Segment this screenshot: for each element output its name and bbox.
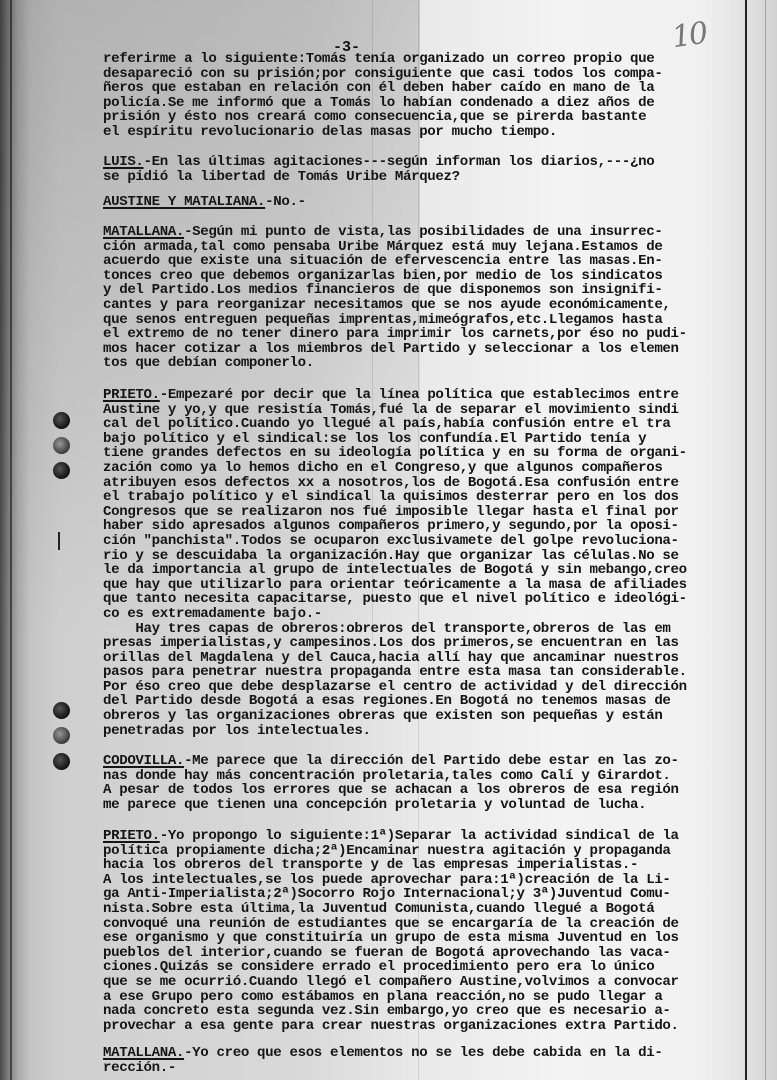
text-line: nista.Sobre esta última,la Juventud Comu… bbox=[103, 902, 735, 917]
speaker-name: PRIETO. bbox=[103, 828, 160, 844]
text-line: MATALLANA.-Yo creo que esos elementos no… bbox=[103, 1046, 735, 1061]
scan-edge-line bbox=[745, 0, 747, 1080]
text-line: rección.- bbox=[103, 1061, 735, 1076]
speaker-name: AUSTINE Y MATALIANA. bbox=[103, 194, 265, 210]
text-line: del Partido desde Bogotá a esas regiones… bbox=[103, 694, 735, 709]
punch-hole bbox=[53, 702, 70, 719]
block-luis: LUIS.-En las últimas agitaciones---según… bbox=[103, 155, 735, 184]
typewritten-page: 10 -3- referirme a lo siguiente:Tomás te… bbox=[0, 0, 777, 1080]
text-line: obreros y las organizaciones obreras que… bbox=[103, 709, 735, 724]
text-line: provechar a esa gente para crear nuestra… bbox=[103, 1019, 735, 1034]
text-line: que senos entreguen pequeñas imprentas,m… bbox=[103, 313, 735, 328]
text-line: tos que debían componerlo. bbox=[103, 356, 735, 371]
text-line: ga Anti-Imperialista;2ª)Socorro Rojo Int… bbox=[103, 887, 735, 902]
text-line: rio y se descuidaba la organización.Hay … bbox=[103, 549, 735, 564]
text-line: A pesar de todos los errores que se acha… bbox=[103, 783, 735, 798]
text-line: tonces creo que debemos organizarlas bie… bbox=[103, 269, 735, 284]
text-line: prisión y ésto nos creará como consecuen… bbox=[103, 110, 735, 125]
text-line: A los intelectuales,se los puede aprovec… bbox=[103, 873, 735, 888]
text-line: ción armada,tal como pensaba Uribe Márqu… bbox=[103, 240, 735, 255]
text-line: el espíritu revolucionario delas masas p… bbox=[103, 125, 735, 140]
text-line: CODOVILLA.-Me parece que la dirección de… bbox=[103, 754, 735, 769]
text-line: ción "panchista".Todos se ocuparon exclu… bbox=[103, 534, 735, 549]
text-line: el extremo de no tener dinero para impri… bbox=[103, 327, 735, 342]
text-line: se pidió la libertad de Tomás Uribe Márq… bbox=[103, 170, 735, 185]
block-codovilla: CODOVILLA.-Me parece que la dirección de… bbox=[103, 754, 735, 812]
text-line: ese organismo y que constituiría un grup… bbox=[103, 931, 735, 946]
text-line: atribuyen esos defectos xx a nosotros,lo… bbox=[103, 476, 735, 491]
text-line: tiene grandes defectos en su ideología p… bbox=[103, 446, 735, 461]
text-line: ñeros que estaban en relación con él deb… bbox=[103, 81, 735, 96]
text-line: Por éso creo que debe desplazarse el cen… bbox=[103, 680, 735, 695]
text-line: que hay que utilizarlo para orientar teó… bbox=[103, 578, 735, 593]
speaker-name: MATALLANA. bbox=[103, 1045, 184, 1061]
text-line: PRIETO.-Empezaré por decir que la línea … bbox=[103, 388, 735, 403]
speaker-name: PRIETO. bbox=[103, 387, 160, 403]
text-line: penetradas por los intelectuales. bbox=[103, 724, 735, 739]
text-line: le da importancia al grupo de intelectua… bbox=[103, 563, 735, 578]
text-line: Hay tres capas de obreros:obreros del tr… bbox=[103, 622, 735, 637]
text-line: y del Partido.Los medios financieros de … bbox=[103, 283, 735, 298]
punch-hole bbox=[53, 437, 70, 454]
text-line: nada concreto esta segunda vez.Sin embar… bbox=[103, 1004, 735, 1019]
punch-hole bbox=[53, 727, 70, 744]
text-line: me parece que tienen una concepción prol… bbox=[103, 798, 735, 813]
text-line: orillas del Magdalena y del Cauca,hacia … bbox=[103, 651, 735, 666]
text-line: ciones.Quizás se considere errado el pro… bbox=[103, 960, 735, 975]
block-intro: referirme a lo siguiente:Tomás tenía org… bbox=[103, 52, 735, 140]
punch-hole bbox=[53, 462, 70, 479]
text-line: pasos para penetrar nuestra propaganda e… bbox=[103, 665, 735, 680]
text-line: cal del político.Cuando yo llegué al paí… bbox=[103, 417, 735, 432]
text-line: nas donde hay más concentración proletar… bbox=[103, 769, 735, 784]
block-prieto-1: PRIETO.-Empezaré por decir que la línea … bbox=[103, 388, 735, 738]
text-line: AUSTINE Y MATALIANA.-No.- bbox=[103, 195, 735, 210]
punch-hole bbox=[53, 753, 70, 770]
text-line: policía.Se me informó que a Tomás lo hab… bbox=[103, 96, 735, 111]
text-line: desapareció con su prisión;por consiguie… bbox=[103, 67, 735, 82]
text-line: a ese Grupo pero como estábamos en plana… bbox=[103, 990, 735, 1005]
text-line: PRIETO.-Yo propongo lo siguiente:1ª)Sepa… bbox=[103, 829, 735, 844]
folio-number: 10 bbox=[670, 16, 709, 55]
text-line: cantes y para reorganizar necesitamos qu… bbox=[103, 298, 735, 313]
speaker-name: CODOVILLA. bbox=[103, 753, 184, 769]
text-line: que se me ocurrió.Cuando llegó el compañ… bbox=[103, 975, 735, 990]
text-line: mos hacer cotizar a los miembros del Par… bbox=[103, 342, 735, 357]
text-line: referirme a lo siguiente:Tomás tenía org… bbox=[103, 52, 735, 67]
speaker-name: MATALLANA. bbox=[103, 224, 184, 240]
text-line: presas imperialistas,y campesinos.Los do… bbox=[103, 636, 735, 651]
text-line: el trabajo político y el sindical la qui… bbox=[103, 490, 735, 505]
text-line: Austine y yo,y que resistía Tomás,fué la… bbox=[103, 403, 735, 418]
text-line: co es extremadamente bajo.- bbox=[103, 607, 735, 622]
text-line: haber sido apresados algunos compañeros … bbox=[103, 519, 735, 534]
punch-hole bbox=[53, 412, 70, 429]
text-line: LUIS.-En las últimas agitaciones---según… bbox=[103, 155, 735, 170]
block-matallana-2: MATALLANA.-Yo creo que esos elementos no… bbox=[103, 1046, 735, 1075]
text-line: zación como ya lo hemos dicho en el Cong… bbox=[103, 461, 735, 476]
text-line: convoqué una reunión de estudiantes que … bbox=[103, 917, 735, 932]
scan-edge-line bbox=[10, 0, 12, 1080]
text-line: política propiamente dicha;2ª)Encaminar … bbox=[103, 844, 735, 859]
text-line: que tanto necesita capacitarse, puesto q… bbox=[103, 592, 735, 607]
text-line: acuerdo que existe una situación de efer… bbox=[103, 254, 735, 269]
text-line: MATALLANA.-Según mi punto de vista,las p… bbox=[103, 225, 735, 240]
text-line: hacia los obreros del transporte y de la… bbox=[103, 858, 735, 873]
block-austine-matallana: AUSTINE Y MATALIANA.-No.- bbox=[103, 195, 735, 210]
text-line: pueblos del interior,cuando se fueran de… bbox=[103, 946, 735, 961]
block-prieto-2: PRIETO.-Yo propongo lo siguiente:1ª)Sepa… bbox=[103, 829, 735, 1033]
text-line: Congresos que se realizaron nos fué impo… bbox=[103, 505, 735, 520]
text-line: bajo político y el sindical:se los los c… bbox=[103, 432, 735, 447]
scan-edge-line bbox=[765, 0, 766, 1080]
margin-mark bbox=[58, 532, 60, 550]
block-matallana-1: MATALLANA.-Según mi punto de vista,las p… bbox=[103, 225, 735, 371]
speaker-name: LUIS. bbox=[103, 154, 144, 170]
